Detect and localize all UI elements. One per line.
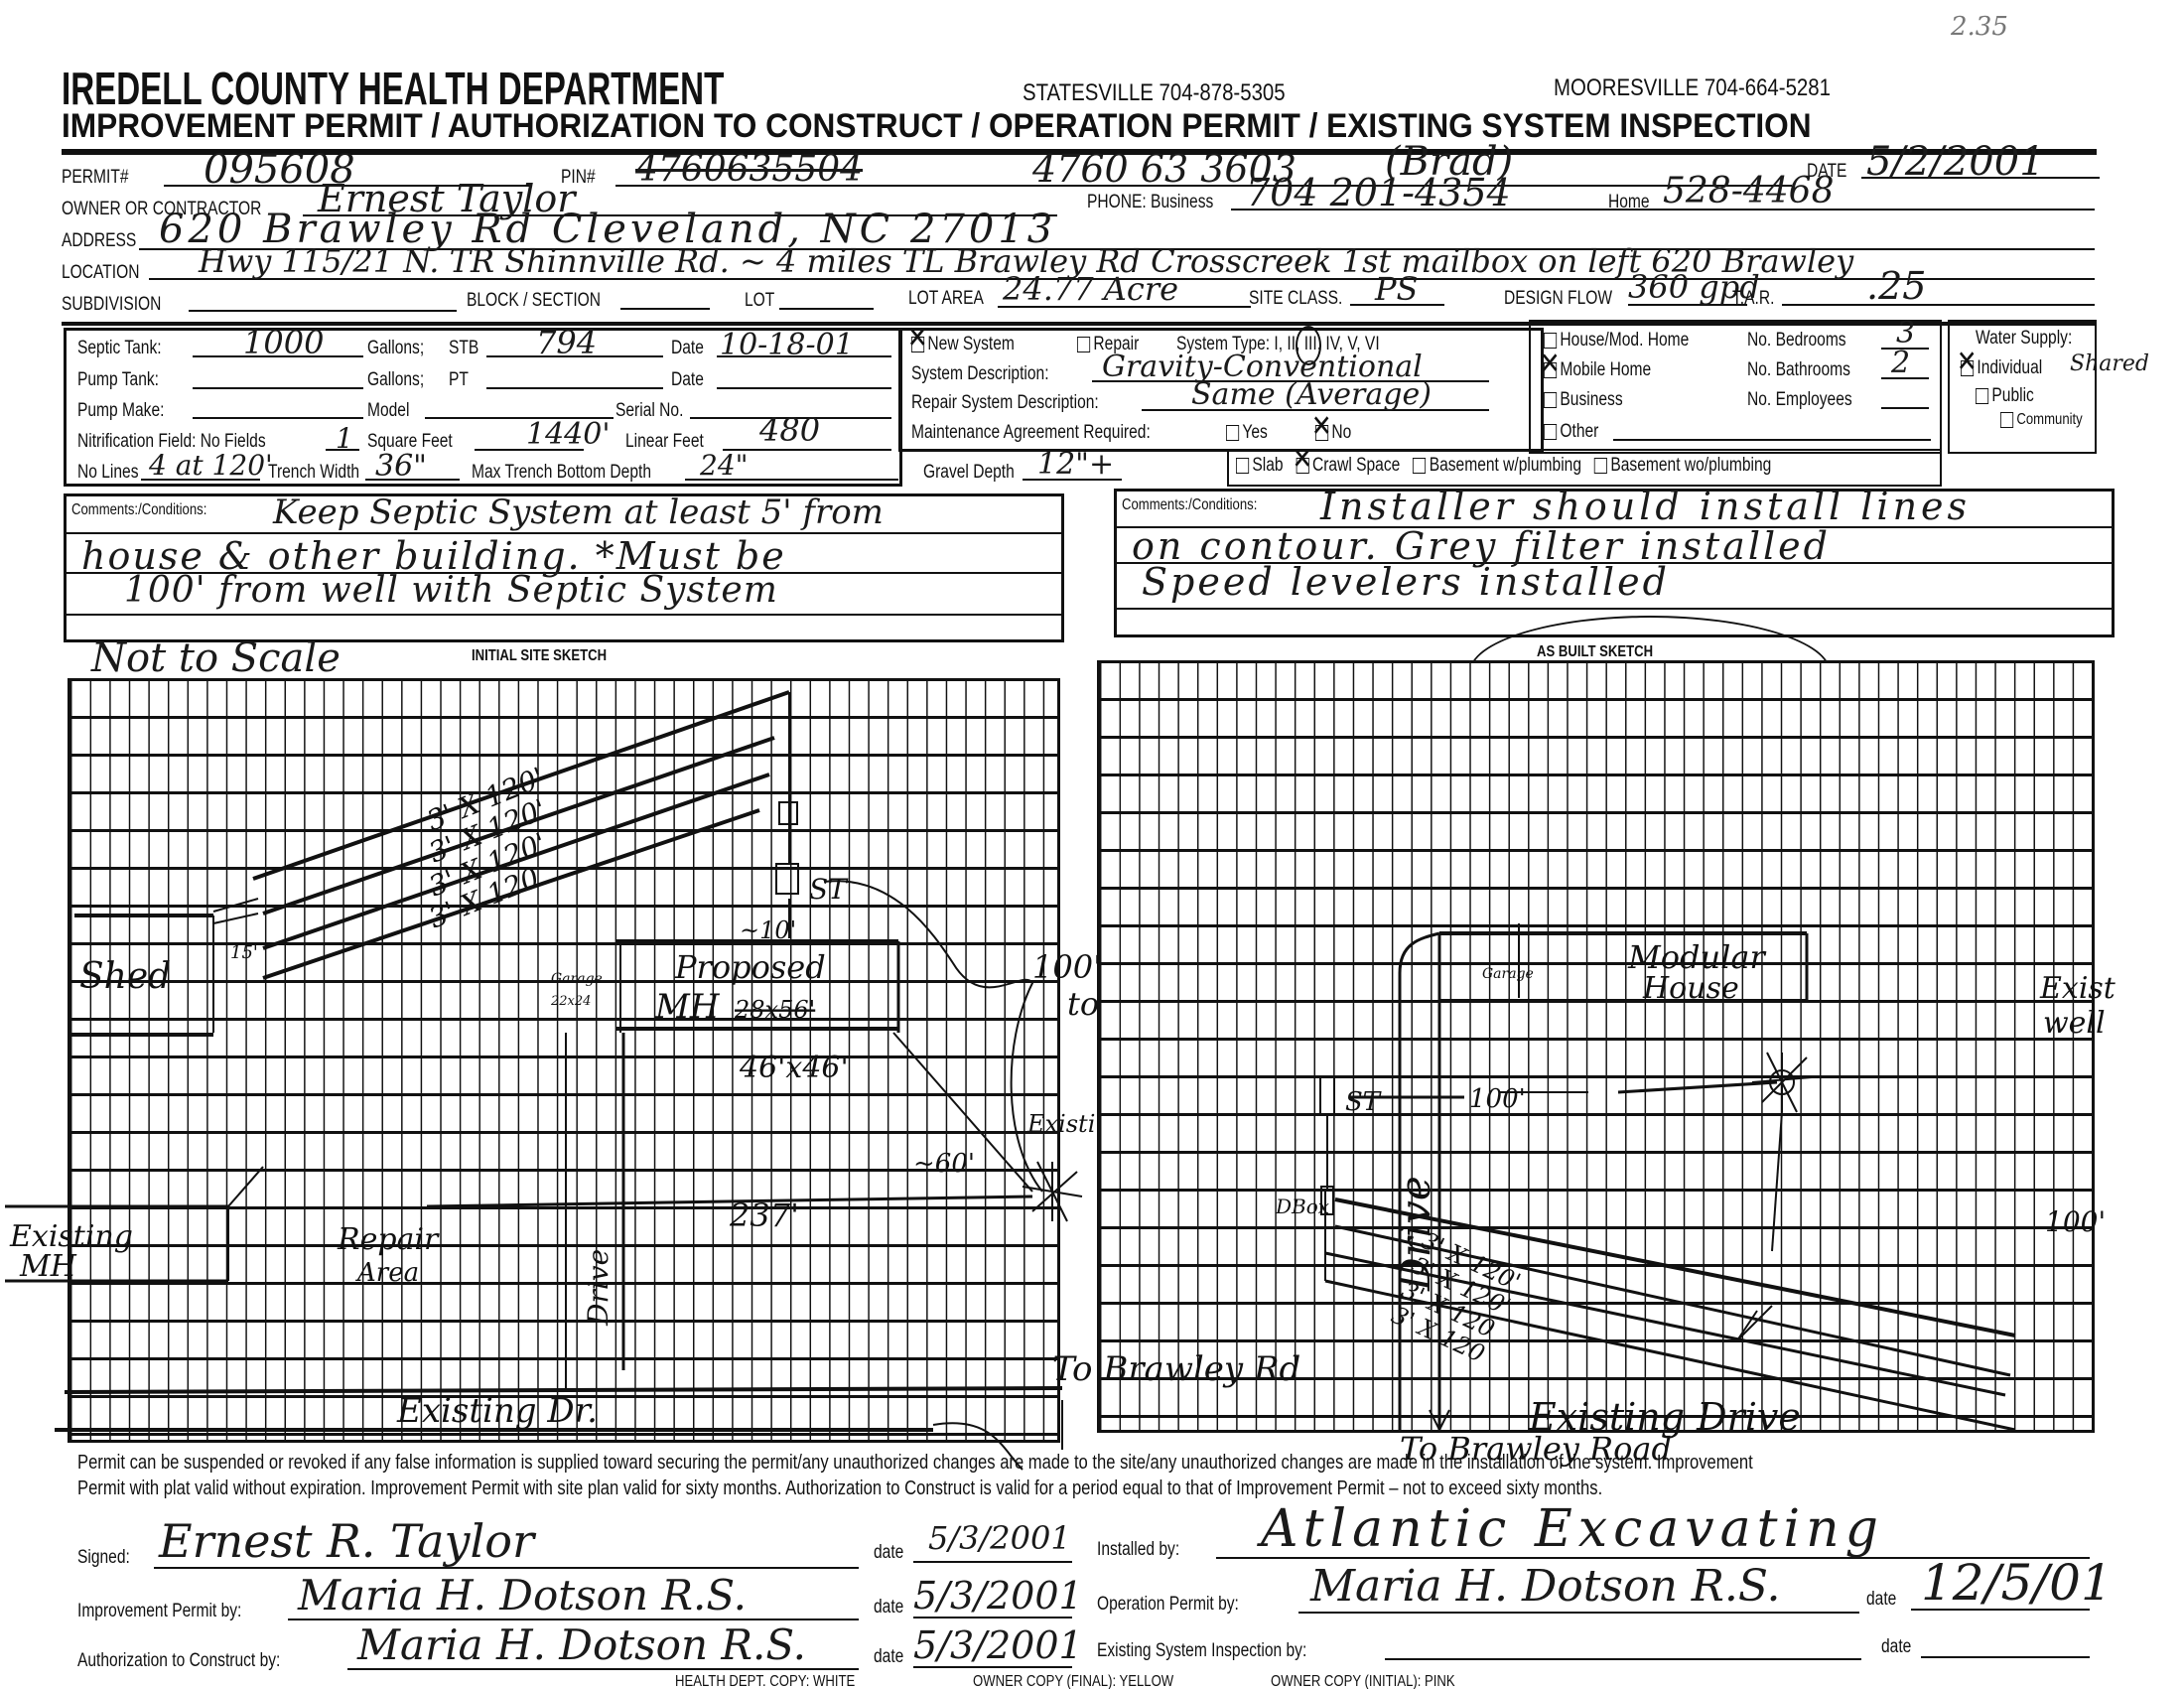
signed-date-label: date [874,1542,903,1564]
improvement-date-value[interactable]: 5/3/2001 [913,1574,1083,1618]
disclaimer-line-2: Permit with plat valid without expiratio… [77,1478,1602,1500]
exist-well-label-1: Exist [2039,971,2116,1006]
dbox-label: DBox [1275,1195,1329,1218]
disclaimer-line-1: Permit can be suspended or revoked if an… [77,1452,1753,1475]
as-built-st-label: ST [1345,1087,1382,1117]
as-built-garage-label: Garage [1482,966,1534,982]
as-built-dist-100a: 100' [1469,1084,1526,1114]
operation-label: Operation Permit by: [1097,1594,1239,1616]
as-built-drawing: Garage Modular House Exist well ST 100' … [0,0,2184,1489]
existing-inspection-date-label: date [1881,1636,1911,1658]
signed-date-value[interactable]: 5/3/2001 [928,1519,1071,1557]
installed-label: Installed by: [1097,1539,1179,1561]
authorization-date-value[interactable]: 5/3/2001 [913,1623,1083,1667]
signed-date-line [913,1561,1072,1563]
existing-inspection-label: Existing System Inspection by: [1097,1640,1306,1662]
operation-date-value[interactable]: 12/5/01 [1921,1554,2113,1612]
operation-date-label: date [1866,1589,1896,1611]
operation-value[interactable]: Maria H. Dotson R.S. [1310,1561,1780,1612]
copy-white: HEALTH DEPT. COPY: WHITE [675,1673,855,1689]
improvement-date-label: date [874,1597,903,1619]
existing-inspection-date-line [1921,1656,2090,1658]
authorization-value[interactable]: Maria H. Dotson R.S. [357,1620,806,1669]
as-built-dist-100b: 100' [2045,1205,2106,1238]
signed-label: Signed: [77,1547,130,1569]
exist-well-label-2: well [2043,1006,2106,1041]
signed-value[interactable]: Ernest R. Taylor [159,1514,534,1568]
modular-label-2: House [1642,971,1739,1006]
copy-yellow: OWNER COPY (FINAL): YELLOW [973,1673,1173,1689]
copy-pink: OWNER COPY (INITIAL): PINK [1271,1673,1455,1689]
to-brawley-label-1: To Brawley Rd [1052,1349,1300,1389]
authorization-label: Authorization to Construct by: [77,1650,280,1672]
authorization-date-label: date [874,1646,903,1668]
existing-inspection-line [1385,1658,1861,1660]
installed-value[interactable]: Atlantic Excavating [1261,1499,1884,1559]
improvement-label: Improvement Permit by: [77,1601,241,1622]
operation-line [1298,1612,1859,1614]
improvement-value[interactable]: Maria H. Dotson R.S. [298,1571,747,1619]
